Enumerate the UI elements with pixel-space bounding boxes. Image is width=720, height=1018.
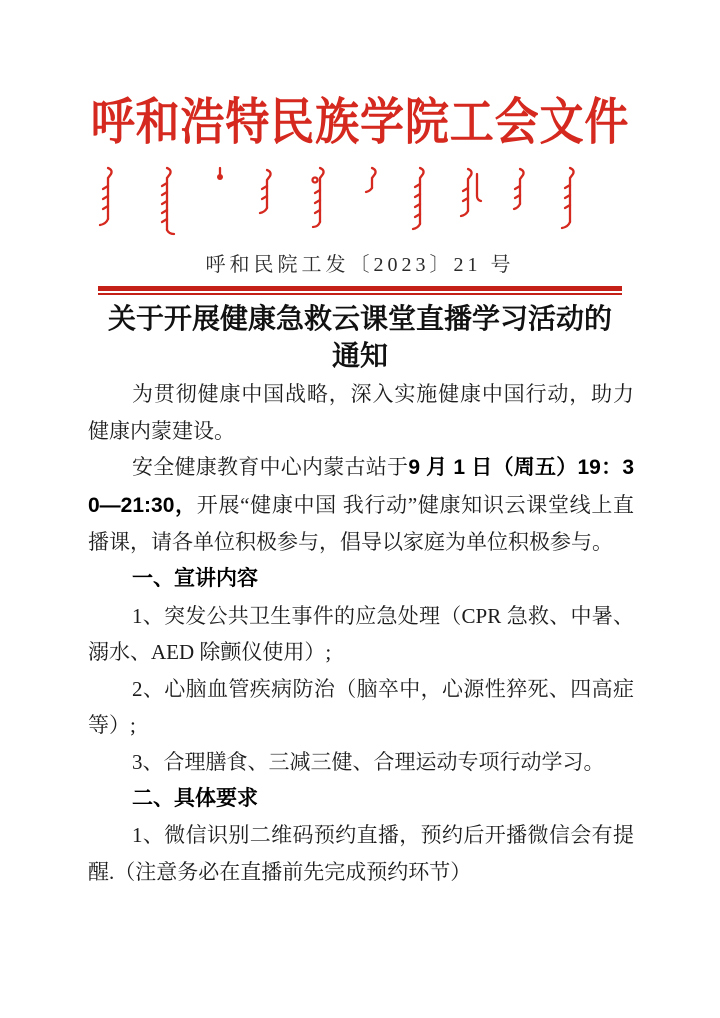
notice-body: 为贯彻健康中国战略，深入实施健康中国行动，助力健康内蒙建设。 安全健康教育中心内… bbox=[88, 376, 634, 890]
section-heading-1-text: 一、宣讲内容 bbox=[132, 567, 258, 590]
paragraph-item-2: 2、心脑血管疾病防治（脑卒中，心源性猝死、四高症等）; bbox=[88, 671, 634, 744]
paragraph-intro-text: 为贯彻健康中国战略，深入实施健康中国行动，助力健康内蒙建设。 bbox=[88, 382, 634, 443]
section-heading-2-text: 二、具体要求 bbox=[132, 787, 258, 810]
org-title: 呼和浩特民族学院工会文件 bbox=[43, 94, 677, 150]
paragraph-item-3-text: 3、合理膳食、三减三健、合理运动专项行动学习。 bbox=[132, 750, 605, 774]
paragraph-requirement-1-text: 1、微信识别二维码预约直播，预约后开播微信会有提醒.（注意务必在直播前先完成预约… bbox=[88, 823, 634, 884]
paragraph-item-1-text: 1、突发公共卫生事件的应急处理（CPR 急救、中暑、溺水、AED 除颤仪使用）; bbox=[88, 604, 634, 665]
paragraph-item-3: 3、合理膳食、三减三健、合理运动专项行动学习。 bbox=[88, 744, 634, 781]
doc-number: 呼和民院工发〔2023〕21 号 bbox=[0, 248, 720, 277]
mongolian-script-icon bbox=[95, 164, 625, 238]
notice-title: 关于开展健康急救云课堂直播学习活动的 通知 bbox=[0, 301, 720, 375]
paragraph-intro: 为贯彻健康中国战略，深入实施健康中国行动，助力健康内蒙建设。 bbox=[88, 376, 634, 449]
red-rule-thin-line bbox=[98, 293, 622, 295]
notice-title-line1: 关于开展健康急救云课堂直播学习活动的 bbox=[0, 301, 720, 338]
document-page: 呼和浩特民族学院工会文件 bbox=[0, 0, 720, 1018]
red-rule-thick-line bbox=[98, 286, 622, 291]
section-heading-1: 一、宣讲内容 bbox=[88, 561, 634, 598]
section-heading-2: 二、具体要求 bbox=[88, 781, 634, 818]
red-separator-rule bbox=[98, 286, 622, 295]
paragraph-item-1: 1、突发公共卫生事件的应急处理（CPR 急救、中暑、溺水、AED 除颤仪使用）; bbox=[88, 598, 634, 671]
paragraph-requirement-1: 1、微信识别二维码预约直播，预约后开播微信会有提醒.（注意务必在直播前先完成预约… bbox=[88, 817, 634, 890]
notice-title-line2: 通知 bbox=[0, 338, 720, 375]
schedule-text-pre: 安全健康教育中心内蒙古站于 bbox=[132, 455, 408, 479]
paragraph-item-2-text: 2、心脑血管疾病防治（脑卒中，心源性猝死、四高症等）; bbox=[88, 677, 634, 738]
paragraph-schedule: 安全健康教育中心内蒙古站于9 月 1 日（周五）19：30—21:30，开展“健… bbox=[88, 449, 634, 561]
